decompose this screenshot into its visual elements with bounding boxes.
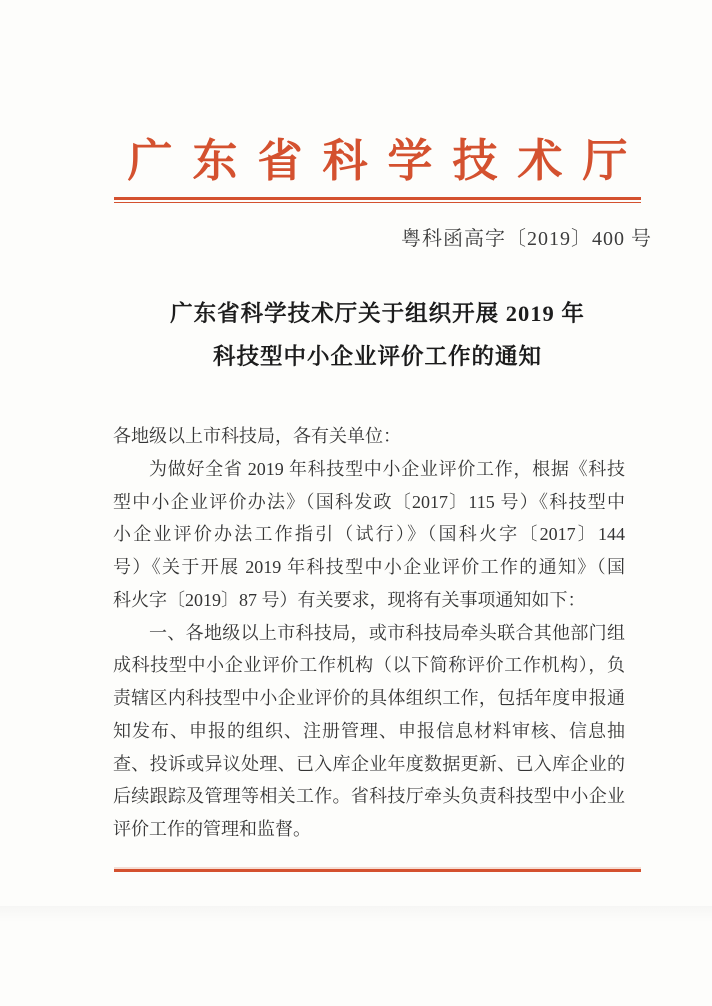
notice-body: 各地级以上市科技局，各有关单位： 为做好全省 2019 年科技型中小企业评价工作… [113, 420, 625, 846]
salutation-line: 各地级以上市科技局，各有关单位： [113, 420, 625, 453]
body-line: 一、各地级以上市科技局，或市科技局牵头联合其他部门组 [113, 617, 625, 650]
body-line: 科火字〔2019〕87 号）有关要求，现将有关事项通知如下： [113, 584, 625, 617]
body-line: 为做好全省 2019 年科技型中小企业评价工作，根据《科技 [113, 453, 625, 486]
scan-shading-artifact [0, 906, 712, 922]
body-line: 知发布、申报的组织、注册管理、申报信息材料审核、信息抽 [113, 715, 625, 748]
letterhead-agency-title: 广东省科学技术厅 [124, 137, 651, 185]
footer-red-rule [114, 869, 641, 872]
letterhead-double-rule [114, 197, 641, 200]
body-line: 后续跟踪及管理等相关工作。省科技厅牵头负责科技型中小企业 [113, 780, 625, 813]
body-line: 型中小企业评价办法》（国科发政〔2017〕115 号）《科技型中 [113, 486, 625, 519]
body-line: 责辖区内科技型中小企业评价的具体组织工作，包括年度申报通 [113, 682, 625, 715]
scanned-document-page: 广东省科学技术厅 粤科函高字〔2019〕400 号 广东省科学技术厅关于组织开展… [0, 0, 712, 1006]
body-line: 评价工作的管理和监督。 [113, 813, 625, 846]
body-line: 小企业评价办法工作指引（试行）》（国科火字〔2017〕144 [113, 518, 625, 551]
notice-title-line1: 广东省科学技术厅关于组织开展 2019 年 [114, 292, 641, 335]
document-reference-number: 粤科函高字〔2019〕400 号 [401, 227, 652, 251]
body-line: 成科技型中小企业评价工作机构（以下简称评价工作机构），负 [113, 649, 625, 682]
body-line: 号）《关于开展 2019 年科技型中小企业评价工作的通知》（国 [113, 551, 625, 584]
notice-title: 广东省科学技术厅关于组织开展 2019 年 科技型中小企业评价工作的通知 [114, 292, 641, 378]
notice-title-line2: 科技型中小企业评价工作的通知 [114, 335, 641, 378]
body-line: 查、投诉或异议处理、已入库企业年度数据更新、已入库企业的 [113, 748, 625, 781]
